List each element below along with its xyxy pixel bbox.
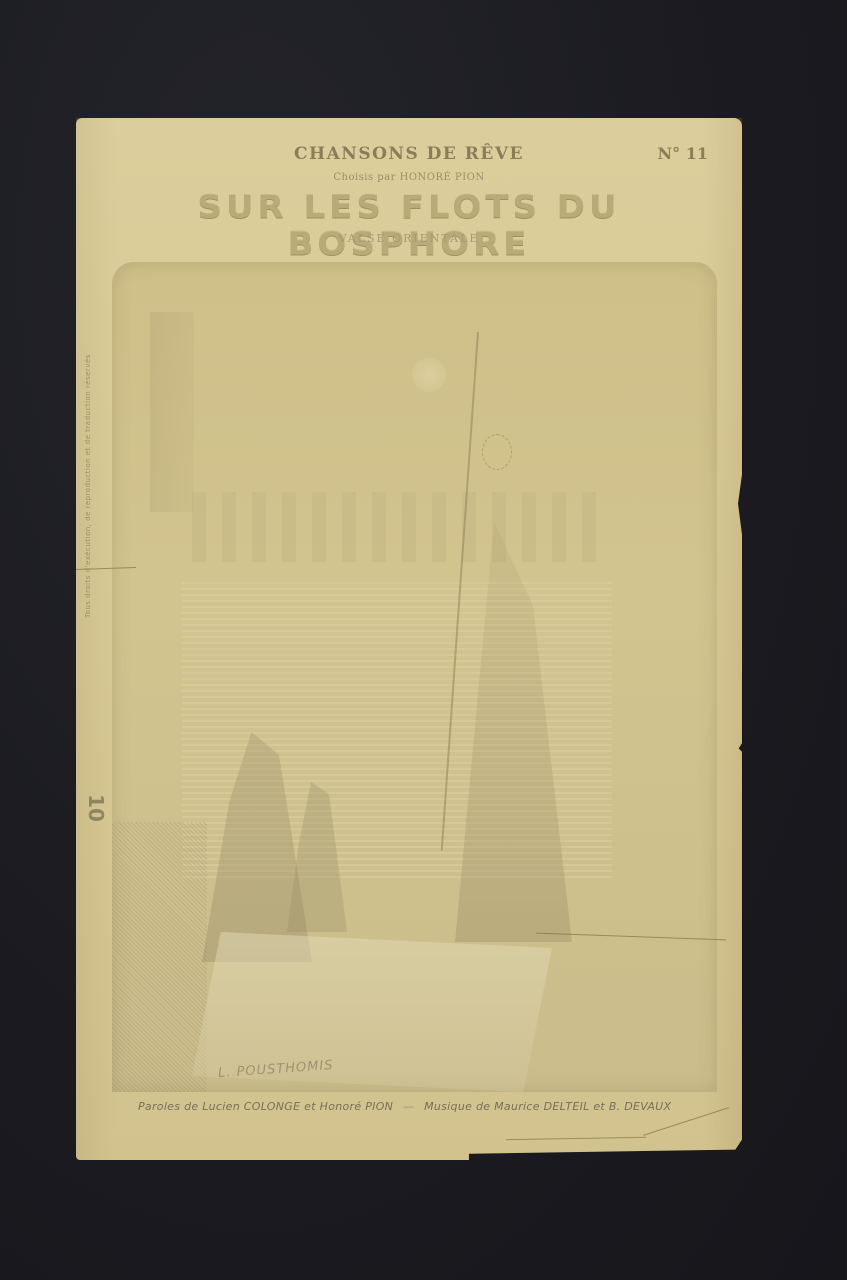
hatched-shadow bbox=[112, 822, 207, 1092]
song-subtitle: VALSE ORIENTALE bbox=[76, 232, 742, 245]
chosen-by-line: Choisis par HONORÉ PION bbox=[76, 172, 742, 183]
credits-line: Paroles de Lucien COLONGE et Honoré PION… bbox=[138, 1100, 671, 1113]
tower-shape bbox=[150, 312, 194, 512]
tear-line bbox=[506, 1137, 646, 1140]
credit-separator: — bbox=[403, 1100, 414, 1113]
margin-rights-note: Tous droits d'exécution, de reproduction… bbox=[84, 318, 92, 618]
music-credit: Musique de Maurice DELTEIL et B. DEVAUX bbox=[424, 1100, 671, 1113]
cover-illustration: L. POUSTHOMIS Cylindre Industrie ... 27 … bbox=[112, 262, 717, 1092]
paper-stain bbox=[482, 434, 512, 470]
issue-number: N° 11 bbox=[658, 144, 708, 163]
song-title: SUR LES FLOTS DU BOSPHORE bbox=[76, 189, 742, 263]
moon-icon bbox=[412, 358, 446, 392]
series-title: CHANSONS DE RÊVE bbox=[76, 144, 742, 164]
margin-number: 10 bbox=[84, 794, 108, 822]
cover-header: CHANSONS DE RÊVE N° 11 Choisis par HONOR… bbox=[76, 118, 742, 258]
sheet-music-cover: CHANSONS DE RÊVE N° 11 Choisis par HONOR… bbox=[76, 118, 742, 1160]
lyrics-credit: Paroles de Lucien COLONGE et Honoré PION bbox=[138, 1100, 393, 1113]
city-skyline bbox=[192, 492, 612, 562]
